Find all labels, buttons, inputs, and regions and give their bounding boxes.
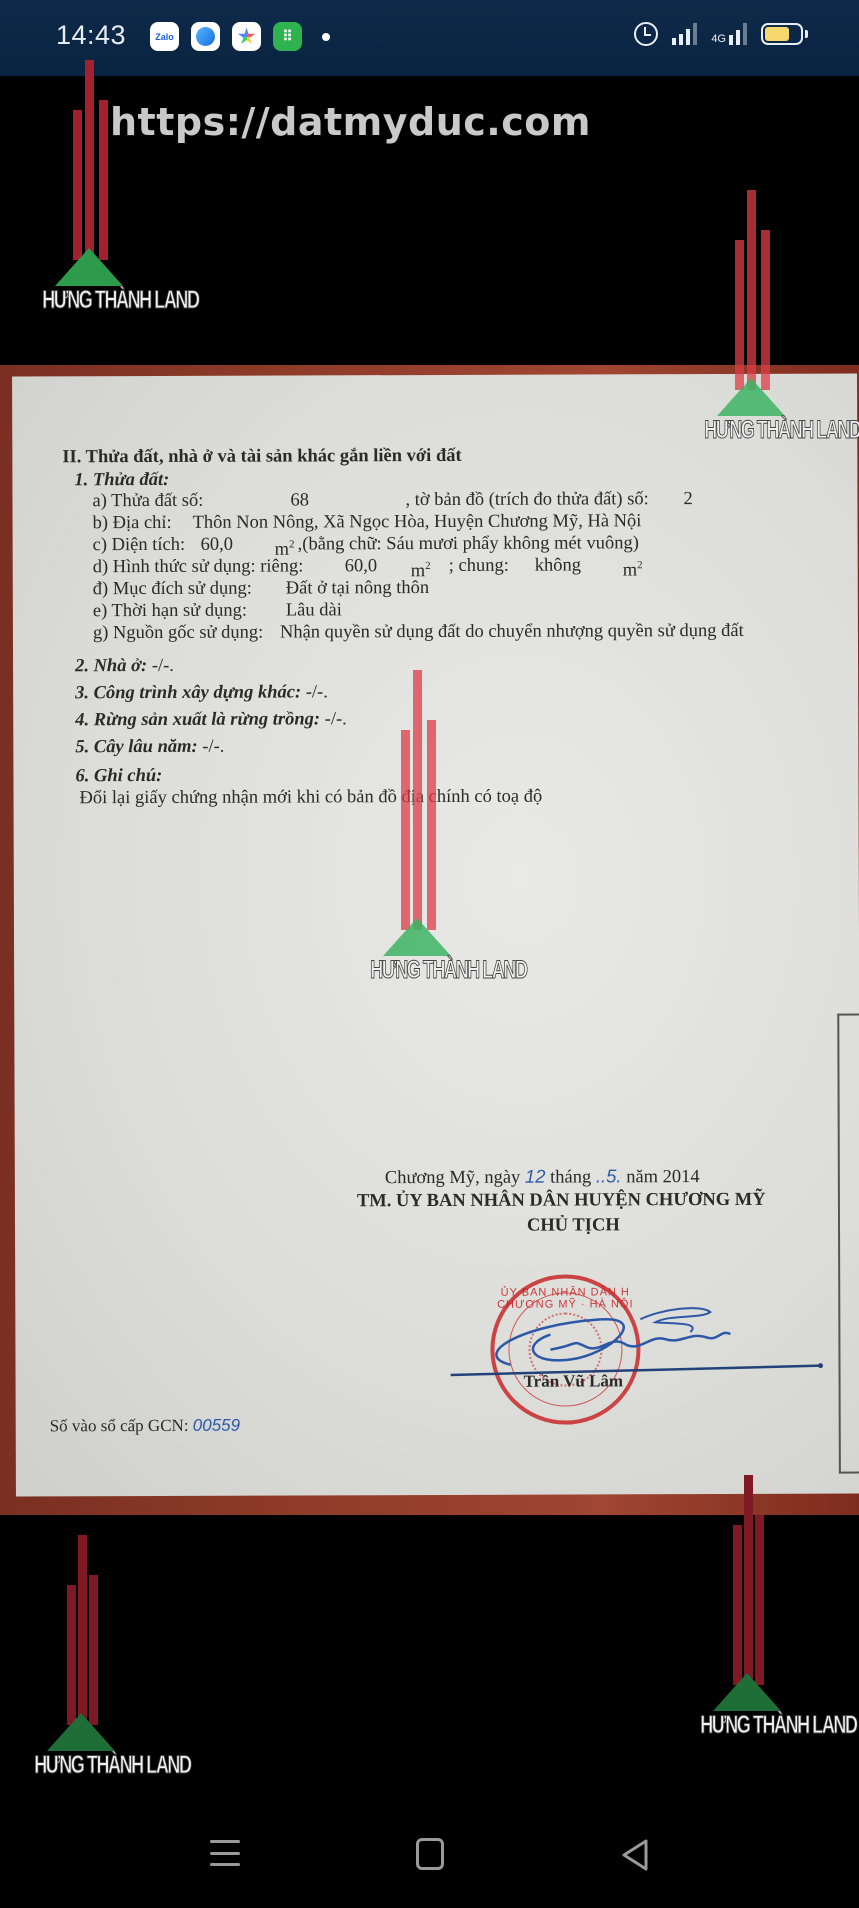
watermark-brand-label: HƯNG THÀNH LAND	[42, 286, 136, 315]
registry-number: Số vào sổ cấp GCN: 00559	[50, 1414, 240, 1438]
watermark-brand-label: HƯNG THÀNH LAND	[700, 1711, 794, 1740]
address-label: b) Địa chỉ:	[93, 512, 172, 535]
battery-icon	[761, 23, 803, 45]
recents-button[interactable]	[210, 1840, 240, 1866]
item-other-construction: 3. Công trình xây dựng khác: -/-.	[75, 681, 328, 705]
usage-common-label: ; chung:	[449, 555, 509, 578]
registry-label: Số vào sổ cấp GCN:	[50, 1416, 189, 1435]
registry-value: 00559	[193, 1416, 240, 1435]
note-heading: 6. Ghi chú:	[75, 765, 162, 788]
navigation-bar	[0, 1798, 859, 1908]
section-title: II. Thửa đất, nhà ở và tài sản khác gắn …	[62, 445, 461, 469]
term-label: e) Thời hạn sử dụng:	[93, 600, 247, 624]
parcel-number: 68	[290, 489, 309, 512]
home-button[interactable]	[416, 1838, 444, 1870]
hung-thanh-land-watermark: HƯNG THÀNH LAND	[352, 660, 482, 985]
alarm-icon	[634, 22, 658, 46]
signature	[450, 1304, 830, 1415]
issue-day: 12	[525, 1166, 546, 1187]
store-icon: ⠿	[273, 22, 302, 51]
watermark-brand-label: HƯNG THÀNH LAND	[704, 416, 798, 445]
hung-thanh-land-watermark: HƯNG THÀNH LAND	[682, 1480, 812, 1740]
usage-private-area: 60,0	[345, 555, 377, 578]
back-icon	[620, 1838, 650, 1872]
more-notifications-dot-icon	[322, 33, 330, 41]
messenger-icon	[191, 22, 220, 51]
area-in-words: ,(bằng chữ: Sáu mươi phẩy không mét vuôn…	[298, 532, 639, 556]
map-sheet-label: , tờ bản đồ (trích đo thửa đất) số:	[405, 488, 648, 512]
signal-icon	[672, 23, 697, 45]
map-sheet-number: 2	[683, 488, 692, 511]
item-perennial-trees: 5. Cây lâu năm: -/-.	[75, 736, 224, 760]
usage-common-value: không	[535, 554, 581, 577]
website-url-watermark: https://datmyduc.com	[110, 100, 591, 144]
4g-signal-icon: 4G	[711, 23, 747, 45]
issue-date: Chương Mỹ, ngày 12 tháng ..5. năm 2014	[385, 1164, 700, 1190]
network-type-label: 4G	[711, 33, 726, 45]
usage-form-label: d) Hình thức sử dụng: riêng:	[93, 555, 304, 579]
issue-month: ..5.	[596, 1165, 622, 1186]
issuing-authority: TM. ỦY BAN NHÂN DÂN HUYỆN CHƯƠNG MỸ	[357, 1189, 766, 1213]
usage-common-unit: m2	[623, 554, 643, 582]
item-planted-forest: 4. Rừng sản xuất là rừng trồng: -/-.	[75, 708, 347, 732]
status-time: 14:43	[56, 20, 126, 51]
term-value: Lâu dài	[286, 599, 342, 622]
watermark-brand-label: HƯNG THÀNH LAND	[370, 956, 464, 985]
origin-value: Nhận quyền sử dụng đất do chuyển nhượng …	[280, 620, 744, 645]
signer-position: CHỦ TỊCH	[527, 1214, 620, 1237]
origin-label: g) Nguồn gốc sử dụng:	[93, 622, 263, 646]
zalo-label: Zalo	[155, 32, 174, 42]
notification-icons: Zalo ⠿	[150, 22, 330, 51]
area-value: 60,0	[201, 534, 233, 557]
land-heading: 1. Thửa đất:	[74, 469, 169, 492]
system-icons: 4G	[634, 22, 803, 46]
land-a-row: a) Thửa đất số:	[92, 490, 203, 513]
watermark-brand-label: HƯNG THÀNH LAND	[34, 1751, 128, 1780]
hung-thanh-land-watermark: HƯNG THÀNH LAND	[16, 1535, 146, 1780]
parcel-number-label: a) Thửa đất số:	[92, 491, 203, 511]
address-value: Thôn Non Nông, Xã Ngọc Hòa, Huyện Chương…	[193, 510, 642, 535]
page-frame-line	[837, 1014, 859, 1474]
signer-name: Trần Vũ Lâm	[524, 1369, 624, 1392]
purpose-value: Đất ở tại nông thôn	[286, 577, 429, 601]
hung-thanh-land-watermark: HƯNG THÀNH LAND	[24, 60, 154, 315]
area-label: c) Diện tích:	[93, 534, 186, 557]
hung-thanh-land-watermark: HƯNG THÀNH LAND	[686, 190, 816, 445]
purpose-label: đ) Mục đích sử dụng:	[93, 578, 252, 602]
item-house: 2. Nhà ở: -/-.	[75, 655, 174, 678]
photos-icon	[232, 22, 261, 51]
zalo-icon: Zalo	[150, 22, 179, 51]
